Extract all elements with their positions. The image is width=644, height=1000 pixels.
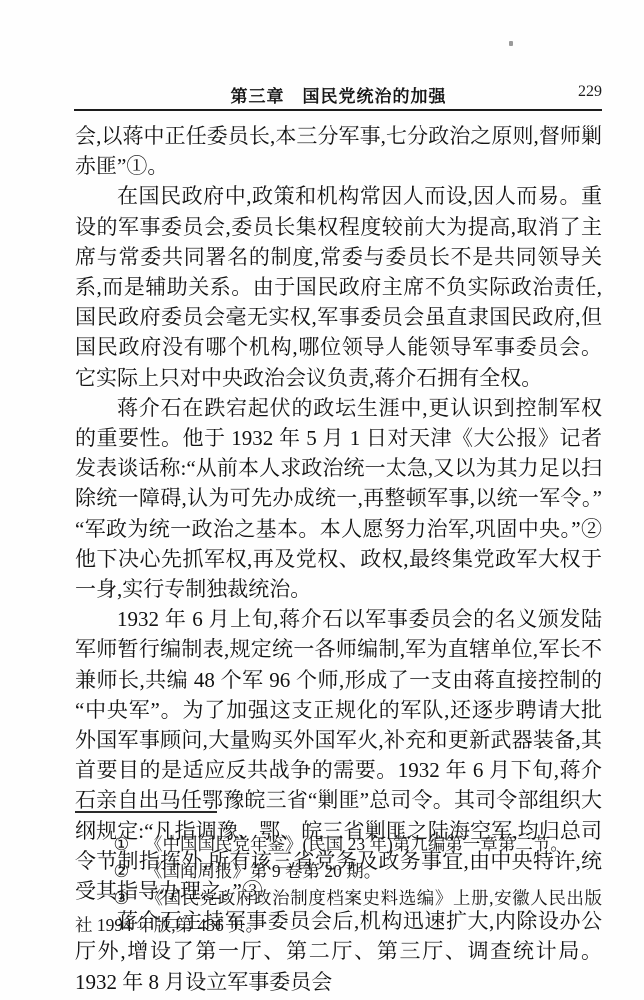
chapter-title: 第三章 国民党统治的加强	[75, 82, 602, 107]
footnote-divider	[75, 811, 217, 813]
footnote-item: ①《中国国民党年鉴》(民国 23 年)第九编第一章第二节。	[75, 831, 602, 858]
footnote-item: ③《国民党政府政治制度档案史料选编》上册,安徽人民出版社 1994 年版,第 4…	[75, 885, 602, 939]
paragraph: 在国民政府中,政策和机构常因人而设,因人而易。重设的军事委员会,委员长集权程度较…	[75, 181, 602, 392]
footnote-text: 《中国国民党年鉴》(民国 23 年)第九编第一章第二节。	[145, 834, 568, 854]
footnote-text: 《国民党政府政治制度档案史料选编》上册,安徽人民出版社 1994 年版,第 43…	[75, 888, 602, 935]
footnote-marker: ①	[114, 834, 130, 854]
footnote-marker: ②	[114, 861, 130, 881]
book-page: 第三章 国民党统治的加强 229 会,以蒋中正任委员长,本三分军事,七分政治之原…	[0, 0, 644, 1000]
scan-artifact-dot	[509, 41, 513, 46]
header-divider	[74, 109, 602, 111]
running-header: 第三章 国民党统治的加强 229	[75, 82, 602, 104]
footnote-text: 《国闻周报》第 9 卷第 20 期。	[145, 861, 381, 881]
footnote-item: ②《国闻周报》第 9 卷第 20 期。	[75, 858, 602, 885]
page-number: 229	[578, 83, 602, 101]
paragraph: 蒋介石在跌宕起伏的政坛生涯中,更认识到控制军权的重要性。他于 1932 年 5 …	[75, 393, 602, 604]
footnote-marker: ③	[114, 888, 130, 908]
paragraph-continuation: 会,以蒋中正任委员长,本三分军事,七分政治之原则,督师剿赤匪”①。	[75, 121, 602, 181]
footnotes: ①《中国国民党年鉴》(民国 23 年)第九编第一章第二节。 ②《国闻周报》第 9…	[75, 831, 602, 939]
